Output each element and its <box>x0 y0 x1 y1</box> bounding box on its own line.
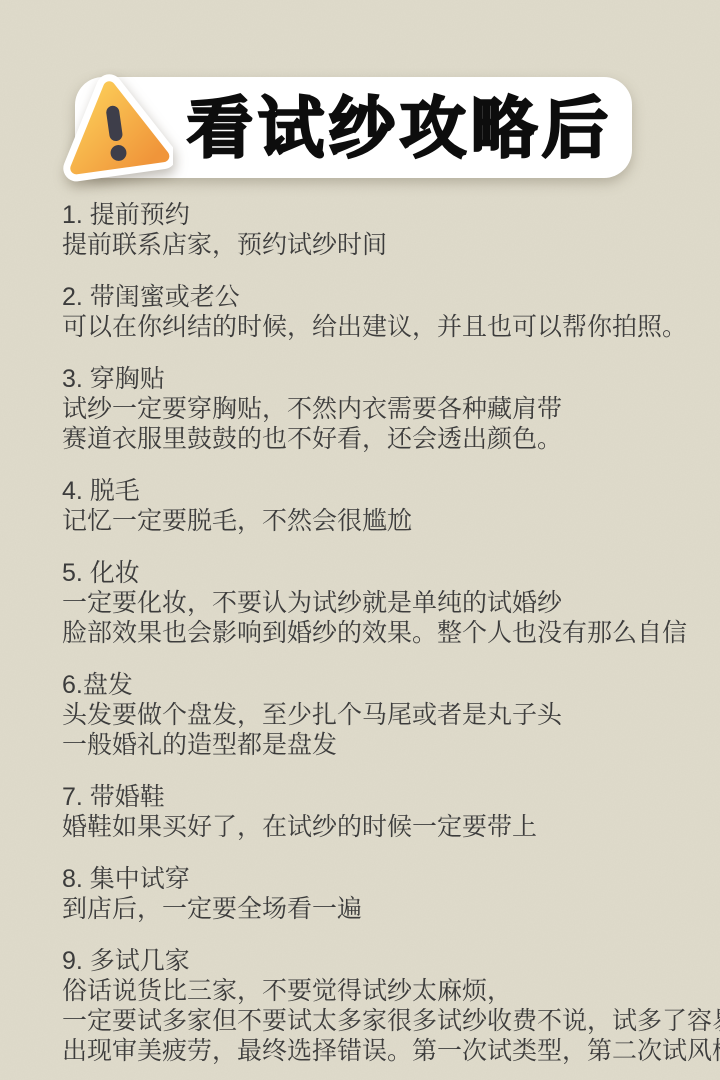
tip-line: 脸部效果也会影响到婚纱的效果。整个人也没有那么自信 <box>62 618 718 648</box>
warning-triangle-icon <box>57 72 173 184</box>
tip-line: 出现审美疲劳，最终选择错误。第一次试类型，第二次试风格 <box>62 1036 718 1066</box>
tip-section: 4. 脱毛记忆一定要脱毛，不然会很尴尬 <box>62 476 718 536</box>
page-title: 看试纱攻略后 <box>187 95 613 161</box>
tip-line: 俗话说货比三家，不要觉得试纱太麻烦， <box>62 976 718 1006</box>
tip-heading: 6.盘发 <box>62 670 718 700</box>
tip-section: 6.盘发头发要做个盘发，至少扎个马尾或者是丸子头一般婚礼的造型都是盘发 <box>62 670 718 760</box>
tip-line: 试纱一定要穿胸贴，不然内衣需要各种藏肩带 <box>62 394 718 424</box>
tip-section: 7. 带婚鞋婚鞋如果买好了，在试纱的时候一定要带上 <box>62 782 718 842</box>
tip-line: 赛道衣服里鼓鼓的也不好看，还会透出颜色。 <box>62 424 718 454</box>
tip-line: 可以在你纠结的时候，给出建议，并且也可以帮你拍照。 <box>62 312 718 342</box>
tip-section: 1. 提前预约提前联系店家，预约试纱时间 <box>62 200 718 260</box>
tip-heading: 4. 脱毛 <box>62 476 718 506</box>
tip-line: 记忆一定要脱毛，不然会很尴尬 <box>62 506 718 536</box>
tip-line: 一般婚礼的造型都是盘发 <box>62 730 718 760</box>
tip-line: 一定要试多家但不要试太多家很多试纱收费不说，试多了容易 <box>62 1006 718 1036</box>
tip-heading: 5. 化妆 <box>62 558 718 588</box>
tip-line: 提前联系店家，预约试纱时间 <box>62 230 718 260</box>
tip-line: 到店后，一定要全场看一遍 <box>62 894 718 924</box>
tips-list: 1. 提前预约提前联系店家，预约试纱时间2. 带闺蜜或老公可以在你纠结的时候，给… <box>62 200 718 1080</box>
title-banner: 看试纱攻略后 <box>75 77 632 178</box>
tip-section: 8. 集中试穿到店后，一定要全场看一遍 <box>62 864 718 924</box>
tip-heading: 7. 带婚鞋 <box>62 782 718 812</box>
tip-line: 一定要化妆，不要认为试纱就是单纯的试婚纱 <box>62 588 718 618</box>
tip-section: 5. 化妆一定要化妆，不要认为试纱就是单纯的试婚纱脸部效果也会影响到婚纱的效果。… <box>62 558 718 648</box>
tip-heading: 2. 带闺蜜或老公 <box>62 282 718 312</box>
tip-heading: 8. 集中试穿 <box>62 864 718 894</box>
tip-section: 2. 带闺蜜或老公可以在你纠结的时候，给出建议，并且也可以帮你拍照。 <box>62 282 718 342</box>
tip-heading: 9. 多试几家 <box>62 946 718 976</box>
tip-line: 头发要做个盘发，至少扎个马尾或者是丸子头 <box>62 700 718 730</box>
tip-section: 3. 穿胸贴试纱一定要穿胸贴，不然内衣需要各种藏肩带赛道衣服里鼓鼓的也不好看，还… <box>62 364 718 454</box>
tip-section: 9. 多试几家俗话说货比三家，不要觉得试纱太麻烦，一定要试多家但不要试太多家很多… <box>62 946 718 1066</box>
tip-heading: 3. 穿胸贴 <box>62 364 718 394</box>
tip-line: 婚鞋如果买好了，在试纱的时候一定要带上 <box>62 812 718 842</box>
tip-heading: 1. 提前预约 <box>62 200 718 230</box>
